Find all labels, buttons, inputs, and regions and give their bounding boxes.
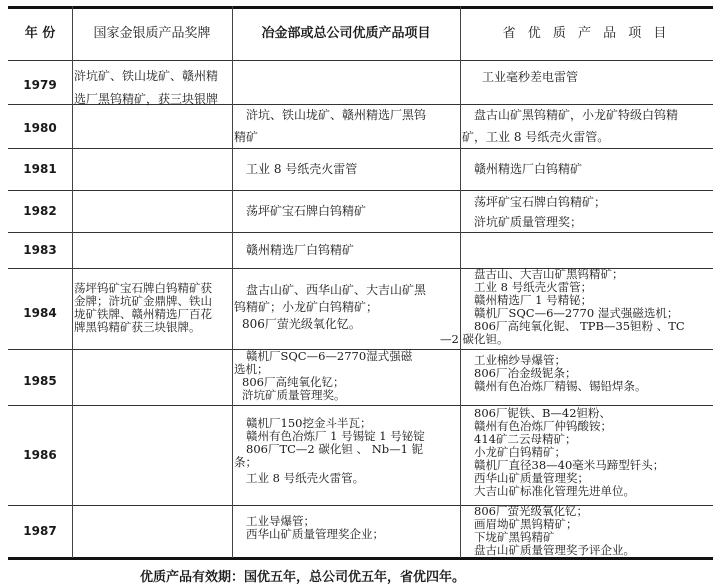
provincial-cell: 盘古山矿黑钨精矿，小龙矿特级白钨精 矿，工业 8 号纸壳火雷管。: [462, 104, 712, 148]
cell-line: 矿，工业 8 号纸壳火雷管。: [462, 126, 712, 148]
cell-line: 大吉山矿标准化管理先进单位。: [462, 485, 714, 498]
cell-line: 选厂黑钨精矿，获三块银牌: [74, 88, 232, 110]
cell-line: 西华山矿质量管理奖企业；: [234, 528, 460, 541]
cell-line: 精矿: [234, 126, 460, 148]
year-cell: 1981: [8, 162, 72, 176]
year-cell: 1979: [8, 78, 72, 92]
cell-line: 工业 8 号纸壳火雷管。: [234, 472, 460, 485]
ministry-cell: 赣机厂150挖金斗半瓦； 赣州有色冶炼厂 1 号锡锭 1 号铋锭 806厂TC—…: [234, 417, 460, 485]
cell-line: 工业毫秒差电雷管: [470, 70, 710, 85]
col-divider-year: [72, 6, 73, 558]
header-year: 年 份: [8, 22, 72, 41]
cell-line: 浒坑矿质量管理奖；: [462, 212, 712, 232]
row-rule: [8, 190, 713, 191]
year-cell: 1987: [8, 524, 72, 538]
provincial-cell: 盘古山、大吉山矿黑钨精矿； 工业 8 号纸壳火雷管； 赣州精选厂 1 号精铋； …: [462, 268, 714, 346]
cell-line: 盘古山矿、西华山矿、大吉山矿黑: [234, 282, 460, 299]
document-page: 年 份 国家金银质产品奖牌 冶金部或总公司优质产品项目 省 优 质 产 品 项 …: [0, 0, 720, 588]
provincial-cell: 工业毫秒差电雷管: [470, 70, 710, 85]
col-divider-ministry: [460, 6, 461, 558]
national-cell: 浒坑矿、铁山垅矿、赣州精 选厂黑钨精矿，获三块银牌: [74, 64, 232, 110]
header-bottom-rule: [8, 60, 713, 61]
table-bottom-rule: [8, 557, 713, 560]
cell-line: 806厂TC—2 碳化钽 、 Nb—1 铌: [234, 443, 460, 456]
cell-line: 荡坪矿宝石牌白钨精矿；: [462, 192, 712, 212]
year-cell: 1982: [8, 204, 72, 218]
ministry-cell: 荡坪矿宝石牌白钨精矿: [234, 204, 460, 219]
cell-line: 钨精矿；小龙矿白钨精矿；: [234, 299, 460, 316]
year-cell: 1986: [8, 448, 72, 462]
year-cell: 1985: [8, 374, 72, 388]
cell-line: 工业 8 号纸壳火雷管: [234, 162, 460, 177]
national-cell: 荡坪钨矿宝石牌白钨精矿获 金牌；浒坑矿金鼎牌、铁山 垅矿铁牌、赣州精选厂百花 牌…: [74, 282, 232, 334]
ministry-cell: 盘古山矿、西华山矿、大吉山矿黑 钨精矿；小龙矿白钨精矿； 806厂萤光级氧化钇。: [234, 282, 460, 333]
cell-line: 赣州有色冶炼厂精锡、锡铅焊条。: [462, 380, 712, 393]
provincial-cell: 806厂萤光级氧化钇； 画眉坳矿黑钨精矿； 下垅矿黑钨精矿 盘古山矿质量管理奖予…: [462, 505, 712, 557]
ministry-cell: 赣机厂SQC—6—2770湿式强磁 选机； 806厂高纯氧化钇； 浒坑矿质量管理…: [234, 350, 460, 402]
year-cell: 1983: [8, 243, 72, 257]
cell-line: 盘古山矿黑钨精矿，小龙矿特级白钨精: [462, 104, 712, 126]
cell-line: 盘古山矿质量管理奖予评企业。: [462, 544, 712, 557]
footnote: 优质产品有效期：国优五年，总公司优五年，省优四年。: [140, 566, 465, 585]
cell-line: —2 碳化钽。: [440, 333, 714, 346]
ministry-cell: 赣州精选厂白钨精矿: [234, 243, 460, 258]
provincial-cell: 荡坪矿宝石牌白钨精矿； 浒坑矿质量管理奖；: [462, 192, 712, 232]
cell-line: 806厂萤光级氧化钇。: [234, 316, 460, 333]
cell-line: 浒坑矿、铁山垅矿、赣州精: [74, 64, 232, 88]
header-provincial-quality: 省 优 质 产 品 项 目: [460, 22, 713, 41]
cell-line: 牌黑钨精矿获三块银牌。: [74, 321, 232, 334]
row-rule: [8, 148, 713, 149]
header-national-medal: 国家金银质产品奖牌: [72, 22, 232, 41]
col-divider-national: [232, 6, 233, 558]
row-rule: [8, 104, 72, 105]
cell-line: 浒坑、铁山垅矿、赣州精选厂黑钨: [234, 104, 460, 126]
year-cell: 1984: [8, 306, 72, 320]
cell-line: 条；: [234, 456, 460, 469]
table-top-rule: [8, 6, 713, 9]
ministry-cell: 工业 8 号纸壳火雷管: [234, 162, 460, 177]
cell-line: 浒坑矿质量管理奖。: [234, 389, 460, 402]
provincial-cell: 806厂铌铁、B—42钽粉、 赣州有色冶炼厂仲钨酸铵； 414矿二云母精矿； 小…: [462, 407, 714, 498]
ministry-cell: 浒坑、铁山垅矿、赣州精选厂黑钨 精矿: [234, 104, 460, 148]
ministry-cell: 工业导爆管； 西华山矿质量管理奖企业；: [234, 515, 460, 541]
cell-line: 赣州精选厂白钨精矿: [234, 243, 460, 258]
cell-line: 赣州精选厂白钨精矿: [462, 162, 712, 177]
provincial-cell: 赣州精选厂白钨精矿: [462, 162, 712, 177]
row-rule: [8, 232, 713, 233]
provincial-cell: 工业棉纱导爆管； 806厂冶金级铌条； 赣州有色冶炼厂精锡、锡铅焊条。: [462, 354, 712, 393]
cell-line: 荡坪矿宝石牌白钨精矿: [234, 204, 460, 219]
header-ministry-quality: 冶金部或总公司优质产品项目: [232, 22, 460, 41]
year-cell: 1980: [8, 121, 72, 135]
